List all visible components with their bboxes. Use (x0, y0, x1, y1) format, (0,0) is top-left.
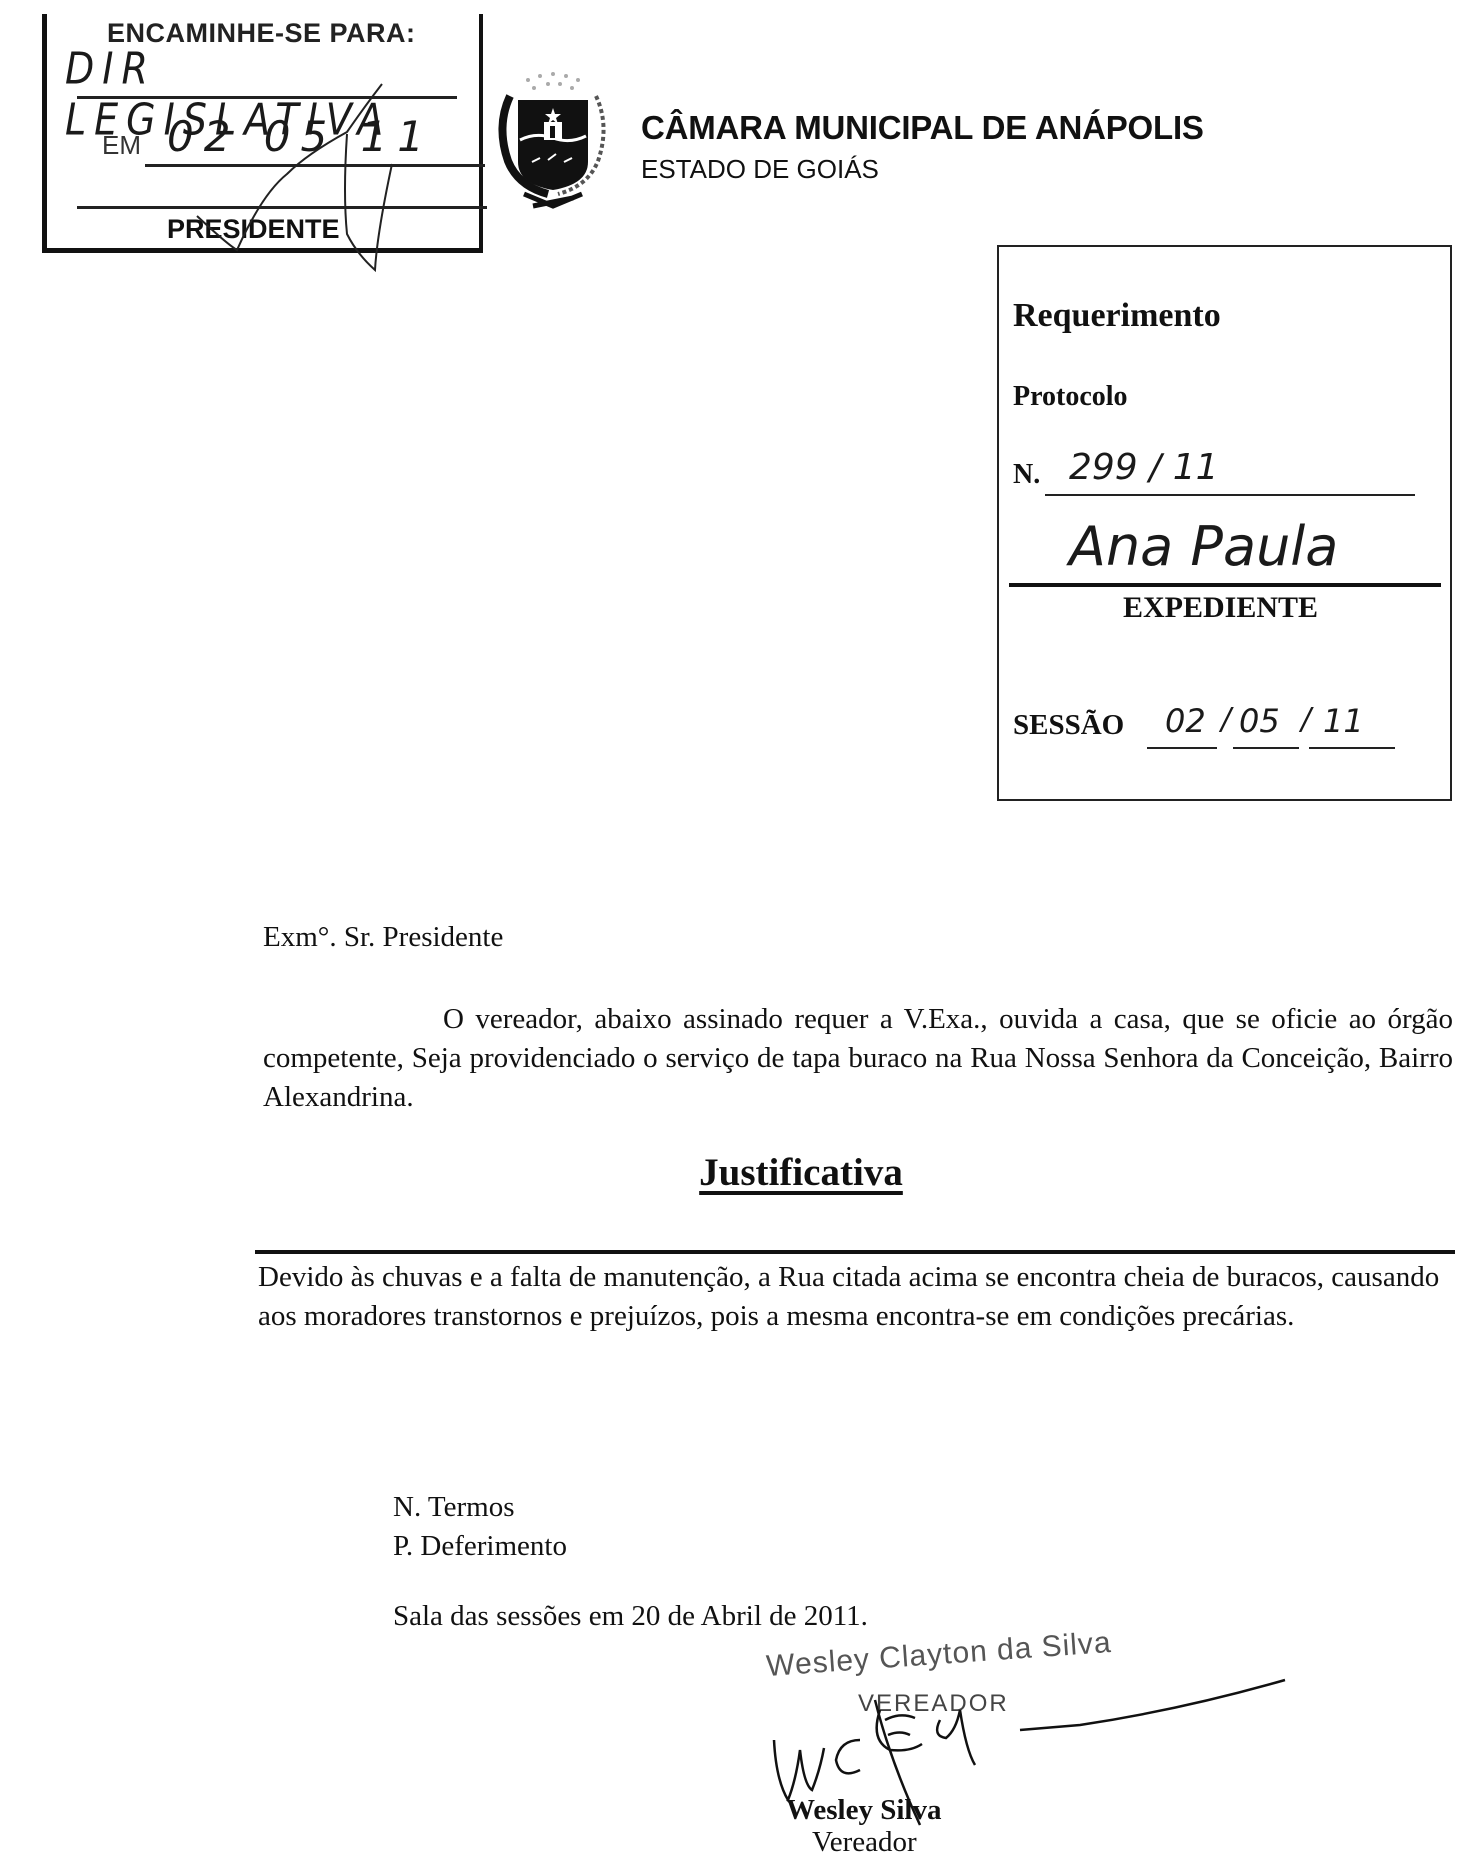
session-year: 11 (1323, 702, 1364, 740)
justification-title: Justificativa (569, 1151, 903, 1194)
closing: N. Termos P. Deferimento (393, 1488, 567, 1566)
coat-of-arms-icon (488, 66, 618, 218)
department-label: EXPEDIENTE (1123, 591, 1318, 625)
protocol-number-label: N. (1013, 459, 1040, 491)
institution-name: CÂMARA MUNICIPAL DE ANÁPOLIS (641, 109, 1204, 147)
signature-line (1009, 583, 1441, 587)
expediente-signature: Ana Paula (1069, 515, 1338, 578)
session-day: 02 (1165, 702, 1206, 740)
salutation: Exm°. Sr. Presidente (263, 918, 503, 957)
justification-heading: Justificativa (0, 1150, 1472, 1195)
closing-line-2: P. Deferimento (393, 1527, 567, 1566)
signer-name: Wesley Silva (786, 1794, 941, 1827)
forwarding-stamp: ENCAMINHE-SE PARA: DIR LEGISLATIVA EM 02… (42, 14, 483, 253)
protocol-number-line (1045, 494, 1415, 496)
place-date: Sala das sessões em 20 de Abril de 2011. (393, 1597, 868, 1636)
session-separator: / (1301, 702, 1311, 737)
protocol-number-value: 299 / 11 (1069, 447, 1219, 488)
protocol-label: Protocolo (1013, 381, 1128, 413)
session-day-line (1147, 747, 1217, 749)
justification-text: Devido às chuvas e a falta de manutenção… (258, 1258, 1453, 1336)
stamp-signature-scribble (47, 14, 479, 314)
session-month: 05 (1239, 702, 1280, 740)
protocol-title: Requerimento (1013, 297, 1221, 335)
closing-line-1: N. Termos (393, 1488, 567, 1527)
request-paragraph: O vereador, abaixo assinado requer a V.E… (263, 1000, 1453, 1117)
justification-paragraph: Devido às chuvas e a falta de manutenção… (258, 1258, 1453, 1336)
signer-role: Vereador (812, 1826, 917, 1859)
protocol-box: Requerimento Protocolo N. 299 / 11 Ana P… (997, 245, 1452, 801)
session-month-line (1233, 747, 1299, 749)
section-divider (255, 1250, 1455, 1254)
institution-state: ESTADO DE GOIÁS (641, 154, 879, 185)
session-separator: / (1221, 702, 1231, 737)
session-label: SESSÃO (1013, 709, 1124, 742)
request-text: O vereador, abaixo assinado requer a V.E… (263, 1000, 1453, 1117)
session-year-line (1309, 747, 1395, 749)
